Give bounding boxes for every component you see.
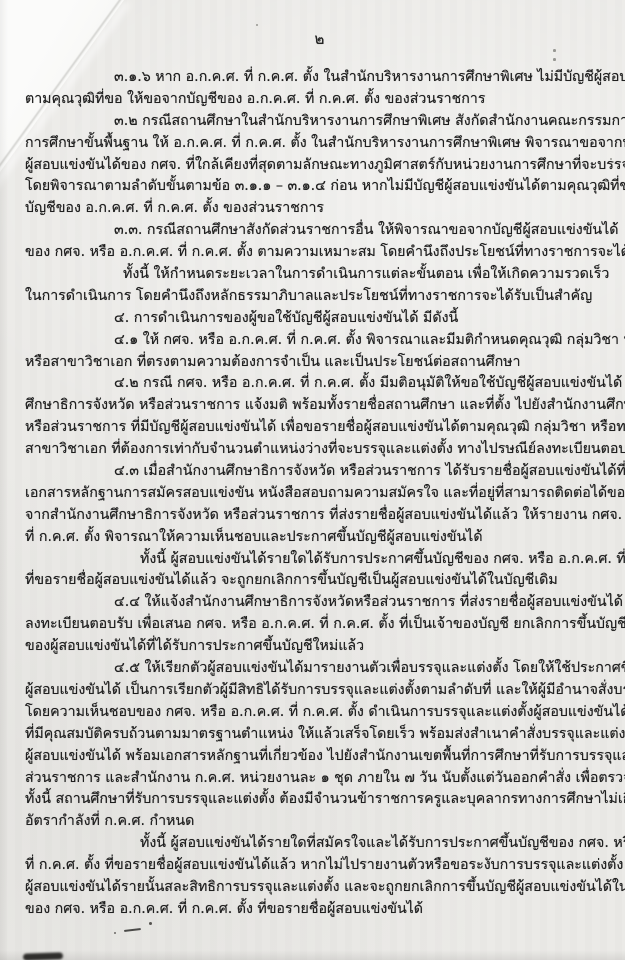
text-line: ของ กศจ. หรือ อ.ก.ค.ศ. ที่ ก.ค.ศ. ตั้ง ท… — [25, 899, 609, 921]
text-line: ๔.๓ เมื่อสำนักงานศึกษาธิการจังหวัด หรือส… — [25, 461, 609, 483]
text-line: การศึกษาขั้นพื้นฐาน ให้ อ.ก.ค.ศ. ที่ ก.ค… — [25, 133, 609, 155]
text-line: ของผู้สอบแข่งขันได้ที่ได้รับการประกาศขึ้… — [25, 636, 609, 658]
text-line: ๔.๒ กรณี กศจ. หรือ อ.ก.ค.ศ. ที่ ก.ค.ศ. ต… — [25, 373, 609, 395]
text-line: ทั้งนี้ ให้กำหนดระยะเวลาในการดำเนินการแต… — [25, 264, 609, 286]
text-line: ทั้งนี้ ผู้สอบแข่งขันได้รายใดได้รับการปร… — [25, 549, 609, 571]
text-line: โดยพิจารณาตามลำดับขั้นตามข้อ ๓.๑.๑ – ๓.๑… — [25, 176, 609, 198]
text-line: ๓.๑.๖ หาก อ.ก.ค.ศ. ที่ ก.ค.ศ. ตั้ง ในสำน… — [25, 67, 609, 89]
text-line: ผู้สอบแข่งขันได้รายนั้นสละสิทธิการบรรจุแ… — [25, 877, 609, 899]
text-line: ๔.๑ ให้ กศจ. หรือ อ.ก.ค.ศ. ที่ ก.ค.ศ. ตั… — [25, 330, 609, 352]
text-line: บัญชีของ อ.ก.ค.ศ. ที่ ก.ค.ศ. ตั้ง ของส่ว… — [25, 198, 609, 220]
pen-mark-dot — [149, 922, 152, 925]
scan-bottom-shadow — [0, 950, 625, 960]
text-line: หรือส่วนราชการ ที่มีบัญชีผู้สอบแข่งขันได… — [25, 417, 609, 439]
text-line: ตามคุณวุฒิที่ขอ ให้ขอจากบัญชีของ อ.ก.ค.ศ… — [25, 89, 609, 111]
text-line: จากสำนักงานศึกษาธิการจังหวัด หรือส่วนราช… — [25, 505, 609, 527]
text-line: หรือสาขาวิชาเอก ที่ตรงตามความต้องการจำเป… — [25, 352, 609, 374]
text-line: ส่วนราชการ และสำนักงาน ก.ค.ศ. หน่วยงานละ… — [25, 768, 609, 790]
text-line: ที่ขอรายชื่อผู้สอบแข่งขันได้แล้ว จะถูกยก… — [25, 570, 609, 592]
text-line: ๔.๔ ให้แจ้งสำนักงานศึกษาธิการจังหวัดหรือ… — [25, 592, 609, 614]
text-line: ศึกษาธิการจังหวัด หรือส่วนราชการ แจ้งมติ… — [25, 395, 609, 417]
page-number: ๒ — [0, 27, 625, 51]
text-line: ๔.๕ ให้เรียกตัวผู้สอบแข่งขันได้มารายงานต… — [25, 658, 609, 680]
text-line: ๓.๒ กรณีสถานศึกษาในสำนักบริหารงานการศึกษ… — [25, 111, 609, 133]
text-line: ทั้งนี้ ผู้สอบแข่งขันได้รายใดที่สมัครใจแ… — [25, 833, 609, 855]
text-line: ๓.๓. กรณีสถานศึกษาสังกัดส่วนราชการอื่น ใ… — [25, 220, 609, 242]
text-line: ทั้งนี้ สถานศึกษาที่รับการบรรจุและแต่งตั… — [25, 789, 609, 811]
text-line: โดยความเห็นชอบของ กศจ. หรือ อ.ก.ค.ศ. ที่… — [25, 702, 609, 724]
paper-speck — [553, 49, 556, 52]
text-line: ที่มีคุณสมบัติครบถ้วนตามมาตรฐานตำแหน่ง ใ… — [25, 724, 609, 746]
text-line: ผู้สอบแข่งขันได้ พร้อมเอกสารหลักฐานที่เก… — [25, 746, 609, 768]
text-line: ๔. การดำเนินการของผู้ขอใช้บัญชีผู้สอบแข่… — [25, 308, 609, 330]
text-line: ผู้สอบแข่งขันได้ของ กศจ. ที่ใกล้เคียงที่… — [25, 155, 609, 177]
document-text-block: ๓.๑.๖ หาก อ.ก.ค.ศ. ที่ ก.ค.ศ. ตั้ง ในสำน… — [25, 67, 609, 921]
scan-left-shadow — [0, 0, 8, 960]
text-line: ที่ ก.ค.ศ. ตั้ง พิจารณาให้ความเห็นชอบและ… — [25, 527, 609, 549]
text-line: ลงทะเบียนตอบรับ เพื่อเสนอ กศจ. หรือ อ.ก.… — [25, 614, 609, 636]
text-line: ที่ ก.ค.ศ. ตั้ง ที่ขอรายชื่อผู้สอบแข่งขั… — [25, 855, 609, 877]
scanned-document-page: { "doc": { "page_number": "๒", "lines": … — [0, 0, 625, 960]
text-line: สาขาวิชาเอก ที่ต้องการเท่ากับจำนวนตำแหน่… — [25, 439, 609, 461]
paper-speck — [553, 58, 556, 61]
text-line: ผู้สอบแข่งขันได้ เป็นการเรียกตัวผู้มีสิท… — [25, 680, 609, 702]
text-line: เอกสารหลักฐานการสมัครสอบแข่งขัน หนังสือส… — [25, 483, 609, 505]
text-line: ในการดำเนินการ โดยคำนึงถึงหลักธรรมาภิบาล… — [25, 286, 609, 308]
text-line: ของ กศจ. หรือ อ.ก.ค.ศ. ที่ ก.ค.ศ. ตั้ง ต… — [25, 242, 609, 264]
text-line: อัตรากำลังที่ ก.ค.ศ. กำหนด — [25, 811, 609, 833]
